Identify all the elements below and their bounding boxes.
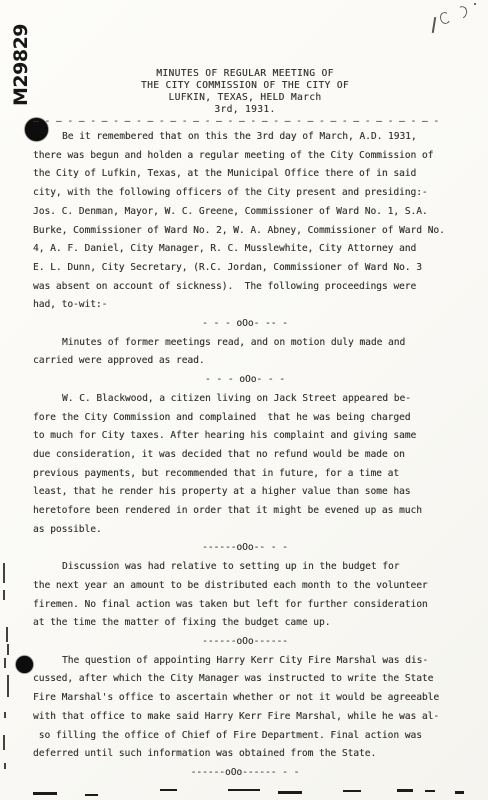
scan-artifact-tick [3,735,5,750]
text-line: as possible. [33,521,457,540]
text-line: ------oOo-- - - [33,539,457,558]
hole-punch-mark [16,656,33,673]
text-line: W. C. Blackwood, a citizen living on Jac… [33,390,457,409]
text-line: ------oOo------ - - [33,764,457,783]
text-line: Discussion was had relative to setting u… [33,558,457,577]
text-line: The question of appointing Harry Kerr Ci… [33,652,457,671]
document-text: MINUTES OF REGULAR MEETING OFTHE CITY CO… [33,68,457,783]
text-line: at the time the matter of fixing the bud… [33,614,457,633]
pencil-mark [454,5,469,21]
text-line: MINUTES OF REGULAR MEETING OF [33,68,457,80]
text-line: carried were approved as read. [33,352,457,371]
scanned-document-page: M29829 MINUTES OF REGULAR MEETING OFTHE … [0,0,488,800]
scan-artifact-tick [4,763,6,769]
text-line: to much for City taxes. After hearing hi… [33,427,457,446]
scan-artifact-dash [228,789,260,791]
text-line: LUFKIN, TEXAS, HELD March [33,92,457,104]
text-line: due consideration, it was decided that n… [33,446,457,465]
text-line: — - — - — - — - — - — - — - — - — - — - … [33,116,457,128]
text-line: heretofore been rendered in order that i… [33,502,457,521]
scan-artifact-dash [33,792,57,795]
scan-artifact-dash [85,794,98,796]
pencil-mark [474,3,476,5]
text-line: Fire Marshal's office to ascertain wheth… [33,689,457,708]
text-line: THE CITY COMMISSION OF THE CITY OF [33,80,457,92]
text-line: 3rd, 1931. [33,104,457,116]
text-line: ------oOo------ [33,633,457,652]
scan-artifact-dash [160,789,177,791]
text-line: the City of Lufkin, Texas, at the Munici… [33,165,457,184]
text-line: so filling the office of Chief of Fire D… [33,727,457,746]
text-line: there was begun and holden a regular mee… [33,147,457,166]
scan-artifact-dash [397,789,413,792]
scan-artifact-dash [278,791,302,794]
text-line: previous payments, but recommended that … [33,465,457,484]
text-line: - - - oOo- -- - [33,315,457,334]
text-line: E. L. Dunn, City Secretary, (R.C. Jordan… [33,259,457,278]
text-line: least, that he render his property at a … [33,483,457,502]
text-line: city, with the following officers of the… [33,184,457,203]
text-line: cussed, after which the City Manager was… [33,670,457,689]
scan-artifact-tick [3,590,5,600]
scan-artifact-dash [425,790,435,792]
pencil-mark [439,11,452,25]
text-line: with that office to make said Harry Kerr… [33,708,457,727]
text-line: the next year an amount to be distribute… [33,577,457,596]
text-line: Minutes of former meetings read, and on … [33,334,457,353]
text-line: Be it remembered that on this the 3rd da… [33,128,457,147]
text-line: had, to-wit:- [33,296,457,315]
scan-artifact-tick [6,627,8,642]
scan-artifact-tick [3,563,5,583]
scan-artifact-tick [7,675,9,697]
text-line: Burke, Commissioner of Ward No. 2, W. A.… [33,222,457,241]
text-line: deferred until such information was obta… [33,745,457,764]
text-line: - - - oOo- - - [33,371,457,390]
scan-artifact-tick [4,658,6,668]
scan-artifact-tick [4,712,6,718]
text-line: 4, A. F. Daniel, City Manager, R. C. Mus… [33,240,457,259]
scan-artifact-tick [7,644,9,655]
scan-artifact-dash [455,791,464,794]
text-line: was absent on account of sickness). The … [33,278,457,297]
archive-stamp: M29829 [10,8,34,106]
text-line: fore the City Commission and complained … [33,409,457,428]
text-line: Jos. C. Denman, Mayor, W. C. Greene, Com… [33,203,457,222]
pencil-mark [432,17,436,33]
text-line: firemen. No final action was taken but l… [33,596,457,615]
scan-artifact-dash [343,790,361,792]
